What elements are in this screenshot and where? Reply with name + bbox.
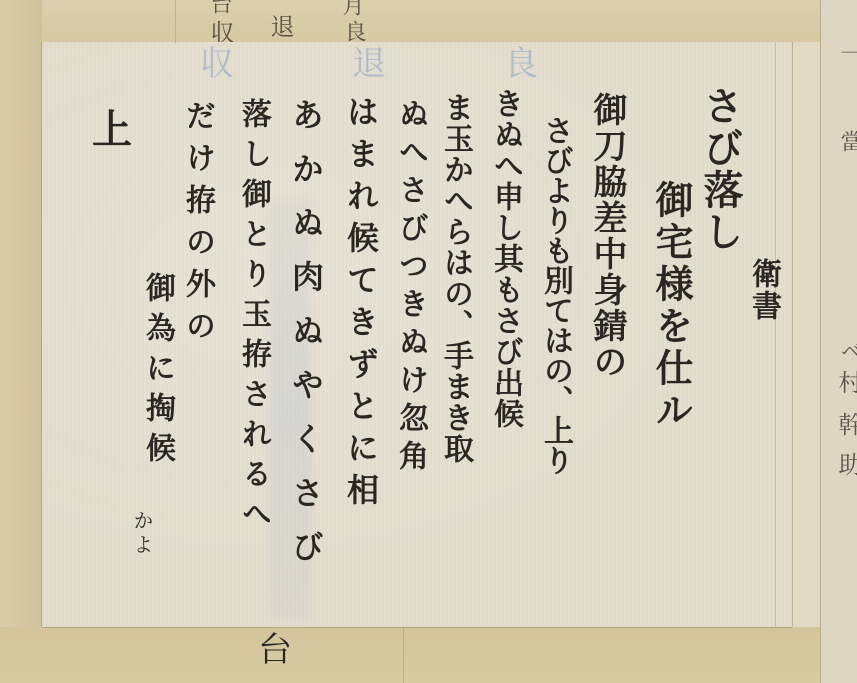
blue-pencil-annotation: 収 退 良 — [200, 36, 580, 85]
adjacent-sheet-char: 助 — [836, 452, 857, 478]
adjacent-sheet-char: 幹 — [836, 412, 857, 438]
text-column: 御為に掏候 — [142, 272, 172, 472]
text-column: ぬへさびつきぬけ忽角 — [395, 98, 425, 478]
text-column-signoff: かよ — [132, 510, 152, 558]
text-column: さびよりも別てはの、上り — [540, 115, 570, 475]
text-column: 落し御とり玉拵されるへ — [238, 98, 268, 538]
top-strip-char: 台 — [208, 0, 230, 16]
text-column: ま玉かへらはの、手まき取 — [440, 92, 470, 464]
text-column-title-sub: 衛書 — [748, 258, 778, 322]
bottom-strip-char: 台 — [258, 622, 292, 671]
adjacent-sheet-char: 村 — [836, 370, 857, 396]
paper-strip-right — [792, 42, 821, 627]
bottom-paper-strip — [0, 627, 857, 683]
left-paper-margin — [0, 0, 42, 683]
crease-line — [775, 42, 776, 627]
text-column: あかぬ肉ぬやくさび — [290, 98, 322, 584]
text-column: きぬへ申し其もさび出候 — [490, 88, 520, 429]
text-column: だけ拵の外の — [182, 100, 212, 352]
text-column: はまれ候てきずとに相 — [345, 95, 377, 515]
top-strip-char: 月 — [340, 0, 362, 18]
crease-line — [403, 627, 404, 683]
text-column: 御刀脇差中身錆の — [590, 92, 624, 380]
recipient-marker: 上 — [92, 98, 132, 155]
adjacent-sheet-char: 一 — [838, 42, 857, 66]
crease-line — [175, 0, 176, 44]
adjacent-sheet-char: 當 — [838, 130, 857, 154]
text-column-title: さび落し — [700, 85, 740, 253]
text-column: 御宅様を仕ル — [652, 180, 690, 432]
adjacent-sheet-char: ベ — [838, 340, 857, 364]
